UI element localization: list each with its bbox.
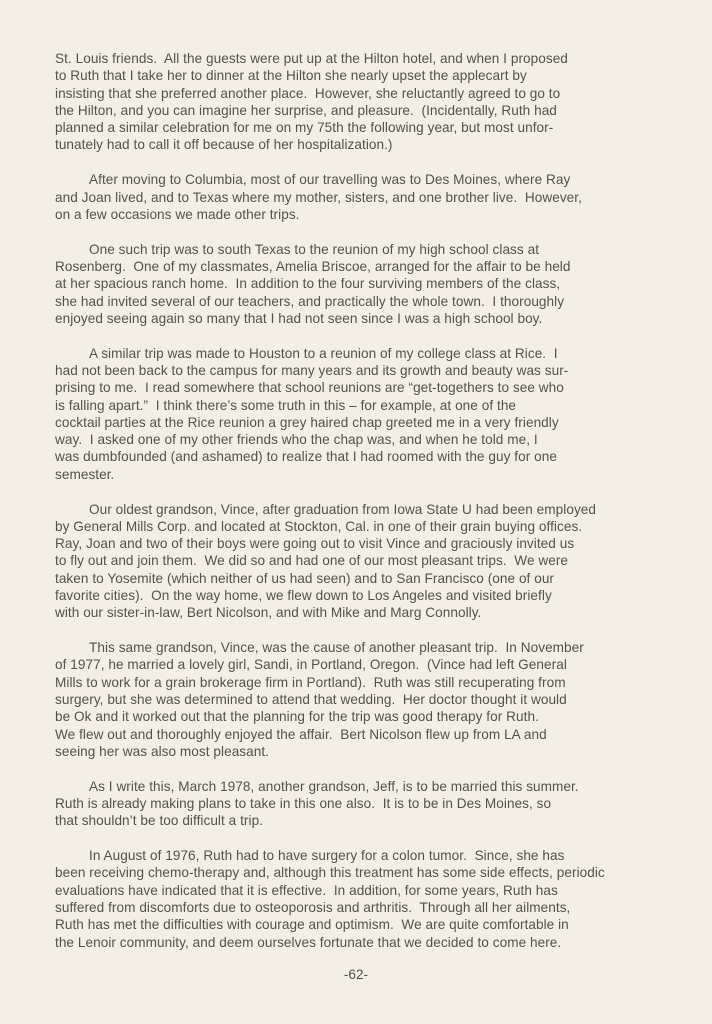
text-line: suffered from discomforts due to osteopo… <box>55 899 675 916</box>
page-number: -62- <box>0 967 712 982</box>
text-line: taken to Yosemite (which neither of us h… <box>55 570 675 587</box>
text-line: and Joan lived, and to Texas where my mo… <box>55 189 675 206</box>
text-line: Mills to work for a grain brokerage firm… <box>55 674 675 691</box>
text-line: favorite cities). On the way home, we fl… <box>55 587 675 604</box>
text-line: had not been back to the campus for many… <box>55 362 675 379</box>
text-line: surgery, but she was determined to atten… <box>55 691 675 708</box>
paragraph: In August of 1976, Ruth had to have surg… <box>55 847 675 951</box>
text-line: Our oldest grandson, Vince, after gradua… <box>55 501 675 518</box>
text-line: cocktail parties at the Rice reunion a g… <box>55 414 675 431</box>
text-line: St. Louis friends. All the guests were p… <box>55 50 675 67</box>
paragraph: A similar trip was made to Houston to a … <box>55 345 675 483</box>
text-line: by General Mills Corp. and located at St… <box>55 518 675 535</box>
text-line: the Lenoir community, and deem ourselves… <box>55 934 675 951</box>
body-text: St. Louis friends. All the guests were p… <box>55 50 675 968</box>
text-line: been receiving chemo-therapy and, althou… <box>55 864 675 881</box>
text-line: tunately had to call it off because of h… <box>55 136 675 153</box>
paragraph: One such trip was to south Texas to the … <box>55 241 675 327</box>
text-line: After moving to Columbia, most of our tr… <box>55 171 675 188</box>
text-line: seeing her was also most pleasant. <box>55 743 675 760</box>
paragraph: St. Louis friends. All the guests were p… <box>55 50 675 154</box>
text-line: that shouldn’t be too difficult a trip. <box>55 812 675 829</box>
text-line: evaluations have indicated that it is ef… <box>55 882 675 899</box>
paragraph: As I write this, March 1978, another gra… <box>55 778 675 830</box>
text-line: with our sister-in-law, Bert Nicolson, a… <box>55 604 675 621</box>
paragraph: After moving to Columbia, most of our tr… <box>55 171 675 223</box>
text-line: In August of 1976, Ruth had to have surg… <box>55 847 675 864</box>
text-line: One such trip was to south Texas to the … <box>55 241 675 258</box>
text-line: insisting that she preferred another pla… <box>55 85 675 102</box>
text-line: Ray, Joan and two of their boys were goi… <box>55 535 675 552</box>
text-line: Ruth has met the difficulties with coura… <box>55 916 675 933</box>
document-page: St. Louis friends. All the guests were p… <box>0 0 712 1024</box>
text-line: the Hilton, and you can imagine her surp… <box>55 102 675 119</box>
text-line: to Ruth that I take her to dinner at the… <box>55 67 675 84</box>
text-line: of 1977, he married a lovely girl, Sandi… <box>55 656 675 673</box>
text-line: A similar trip was made to Houston to a … <box>55 345 675 362</box>
text-line: was dumbfounded (and ashamed) to realize… <box>55 448 675 465</box>
text-line: she had invited several of our teachers,… <box>55 293 675 310</box>
paragraph: Our oldest grandson, Vince, after gradua… <box>55 501 675 622</box>
text-line: is falling apart.” I think there’s some … <box>55 397 675 414</box>
text-line: Ruth is already making plans to take in … <box>55 795 675 812</box>
text-line: way. I asked one of my other friends who… <box>55 431 675 448</box>
text-line: Rosenberg. One of my classmates, Amelia … <box>55 258 675 275</box>
text-line: on a few occasions we made other trips. <box>55 206 675 223</box>
text-line: be Ok and it worked out that the plannin… <box>55 708 675 725</box>
paragraph: This same grandson, Vince, was the cause… <box>55 639 675 760</box>
text-line: This same grandson, Vince, was the cause… <box>55 639 675 656</box>
text-line: prising to me. I read somewhere that sch… <box>55 379 675 396</box>
text-line: enjoyed seeing again so many that I had … <box>55 310 675 327</box>
text-line: semester. <box>55 466 675 483</box>
text-line: at her spacious ranch home. In addition … <box>55 275 675 292</box>
text-line: to fly out and join them. We did so and … <box>55 552 675 569</box>
text-line: As I write this, March 1978, another gra… <box>55 778 675 795</box>
text-line: planned a similar celebration for me on … <box>55 119 675 136</box>
text-line: We flew out and thoroughly enjoyed the a… <box>55 726 675 743</box>
